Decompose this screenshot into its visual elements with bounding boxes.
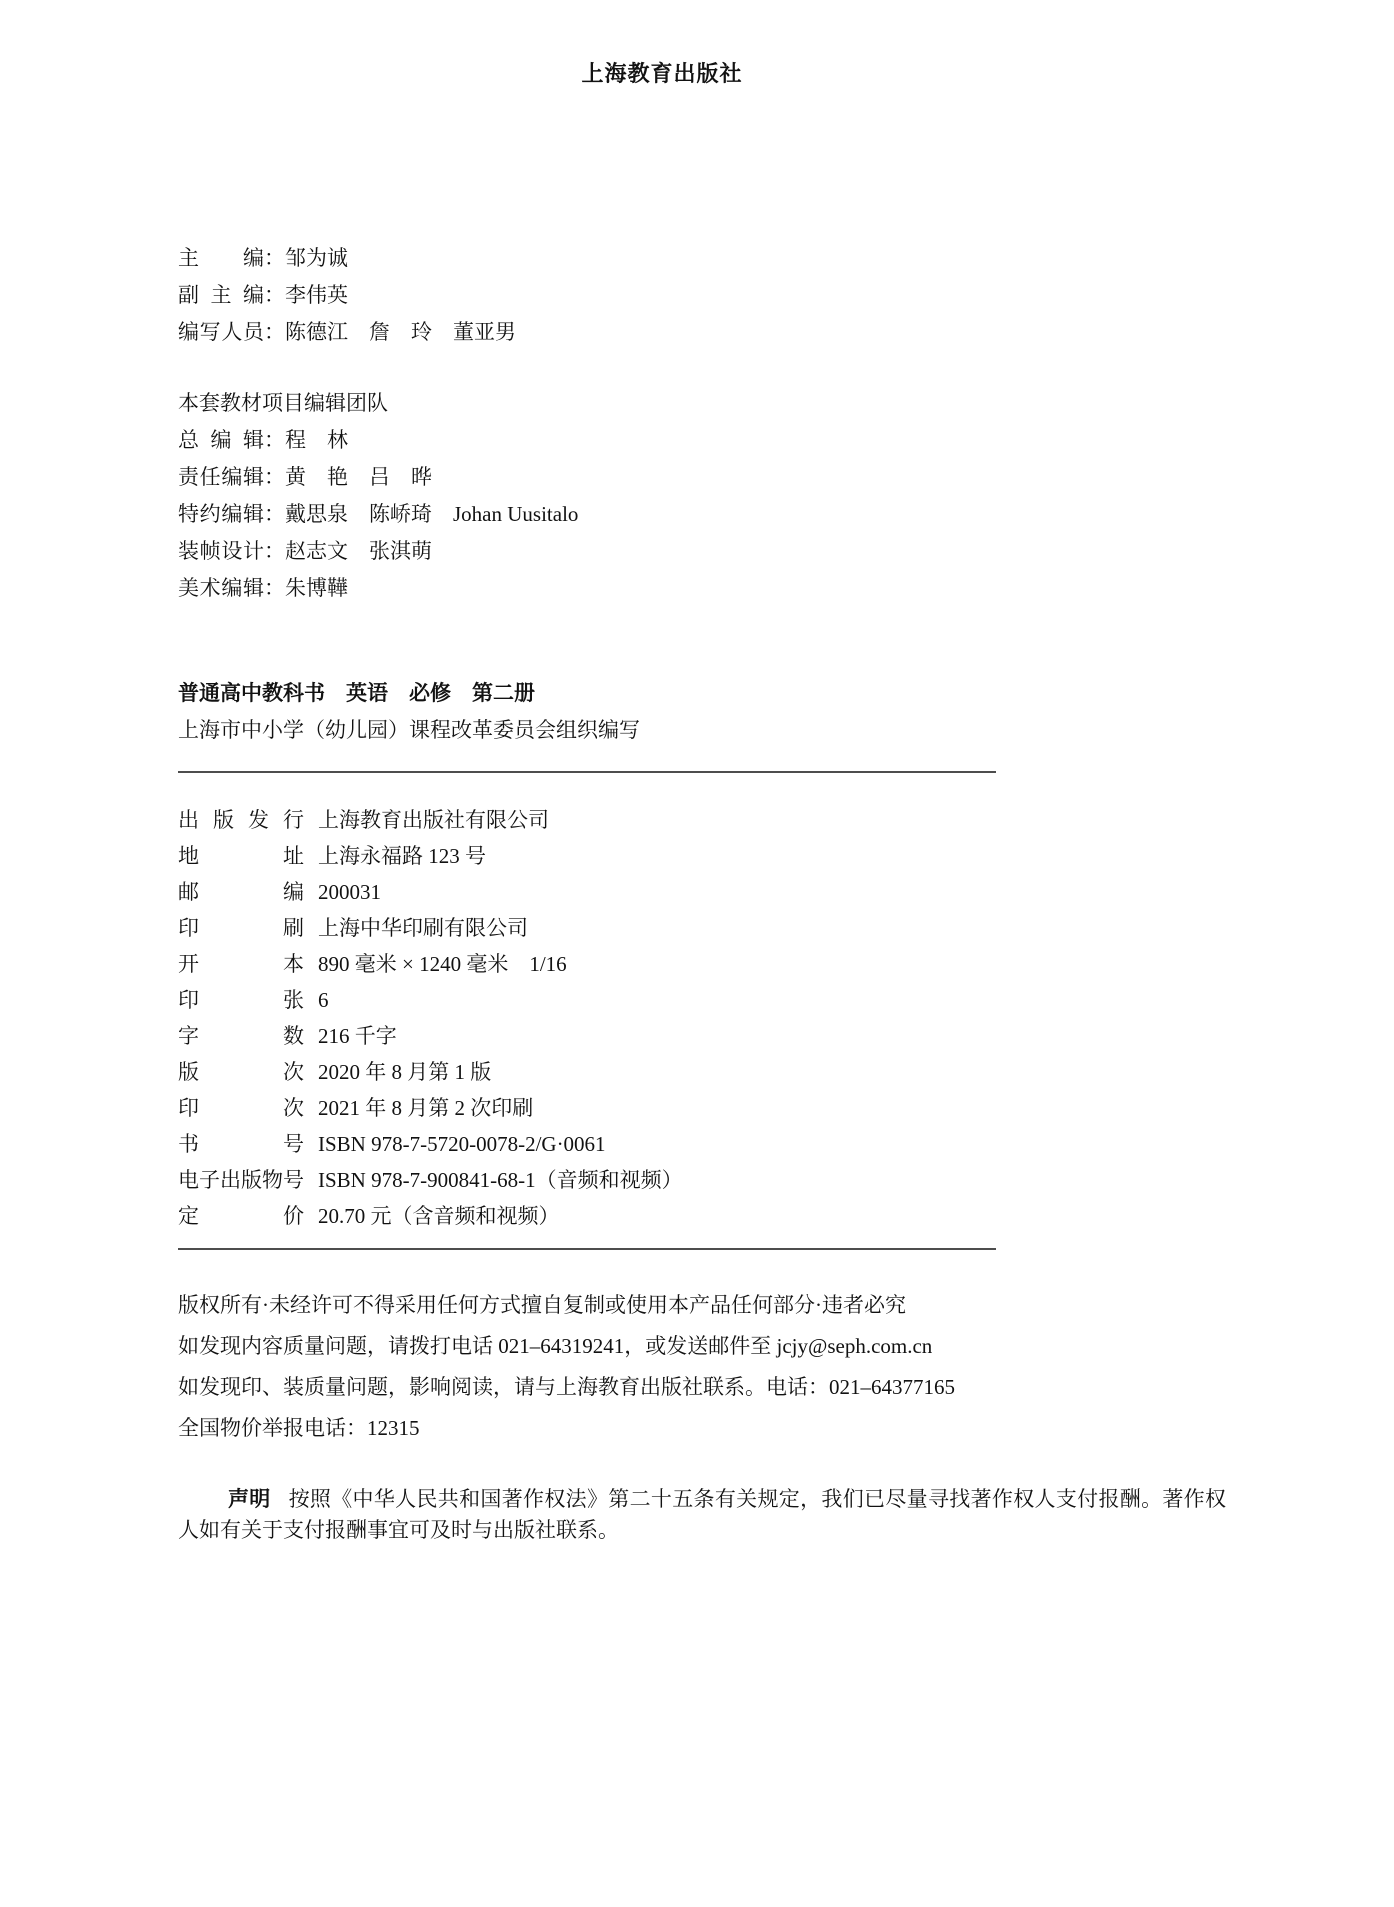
notice-line: 全国物价举报电话：12315 xyxy=(178,1408,955,1449)
imprint-label: 地址 xyxy=(178,838,304,874)
imprint-row: 地址上海永福路 123 号 xyxy=(178,838,683,874)
team-heading: 本套教材项目编辑团队 xyxy=(178,385,578,422)
divider-top xyxy=(178,771,996,773)
colon: ： xyxy=(264,502,285,526)
imprint-value: 890 毫米 × 1240 毫米 1/16 xyxy=(318,952,567,976)
colon: ： xyxy=(264,465,285,489)
imprint-value: ISBN 978-7-5720-0078-2/G·0061 xyxy=(318,1132,606,1156)
editor-value: 陈德江 詹 玲 董亚男 xyxy=(285,320,516,344)
team-row: 总编辑：程 林 xyxy=(178,422,578,459)
editor-value: 李伟英 xyxy=(285,283,348,307)
imprint-row: 电子出版物号ISBN 978-7-900841-68-1（音频和视频） xyxy=(178,1162,683,1198)
imprint-label: 书号 xyxy=(178,1126,304,1162)
imprint-value: 200031 xyxy=(318,880,381,904)
declaration-paragraph: 声明按照《中华人民共和国著作权法》第二十五条有关规定，我们已尽量寻找著作权人支付… xyxy=(178,1484,1226,1546)
imprint-row: 印张6 xyxy=(178,982,683,1018)
imprint-row: 印次2021 年 8 月第 2 次印刷 xyxy=(178,1090,683,1126)
notice-line: 版权所有·未经许可不得采用任何方式擅自复制或使用本产品任何部分·违者必究 xyxy=(178,1285,955,1326)
editor-value: 邹为诚 xyxy=(285,246,348,270)
imprint-value: 上海中华印刷有限公司 xyxy=(318,916,528,940)
imprint-label: 印刷 xyxy=(178,910,304,946)
editor-label: 编写人员 xyxy=(178,314,264,351)
imprint-row: 版次2020 年 8 月第 1 版 xyxy=(178,1054,683,1090)
imprint-label: 定价 xyxy=(178,1198,304,1234)
imprint-label: 版次 xyxy=(178,1054,304,1090)
team-value: 程 林 xyxy=(285,428,348,452)
team-label: 特约编辑 xyxy=(178,496,264,533)
imprint-label: 字数 xyxy=(178,1018,304,1054)
team-label: 装帧设计 xyxy=(178,533,264,570)
imprint-label: 印张 xyxy=(178,982,304,1018)
imprint-value: 上海教育出版社有限公司 xyxy=(318,808,549,832)
team-row: 特约编辑：戴思泉 陈峤琦 Johan Uusitalo xyxy=(178,496,578,533)
imprint-row: 邮编200031 xyxy=(178,874,683,910)
imprint-label: 邮编 xyxy=(178,874,304,910)
imprint-label: 电子出版物号 xyxy=(178,1162,304,1198)
imprint-value: 2021 年 8 月第 2 次印刷 xyxy=(318,1096,533,1120)
editors-block: 主编：邹为诚 副主编：李伟英 编写人员：陈德江 詹 玲 董亚男 xyxy=(178,240,516,351)
editor-label: 副主编 xyxy=(178,277,264,314)
imprint-row: 字数216 千字 xyxy=(178,1018,683,1054)
team-value: 朱博鞾 xyxy=(285,576,348,600)
imprint-table: 出版发行上海教育出版社有限公司 地址上海永福路 123 号 邮编200031 印… xyxy=(178,802,683,1234)
declaration-label: 声明 xyxy=(228,1488,271,1511)
imprint-row: 书号ISBN 978-7-5720-0078-2/G·0061 xyxy=(178,1126,683,1162)
editor-row: 编写人员：陈德江 詹 玲 董亚男 xyxy=(178,314,516,351)
imprint-row: 开本890 毫米 × 1240 毫米 1/16 xyxy=(178,946,683,982)
team-row: 装帧设计：赵志文 张淇萌 xyxy=(178,533,578,570)
colon: ： xyxy=(264,576,285,600)
imprint-value: 2020 年 8 月第 1 版 xyxy=(318,1060,491,1084)
imprint-value: 上海永福路 123 号 xyxy=(318,844,486,868)
notice-line: 如发现印、装质量问题，影响阅读，请与上海教育出版社联系。电话：021–64377… xyxy=(178,1367,955,1408)
colon: ： xyxy=(264,428,285,452)
team-label: 美术编辑 xyxy=(178,570,264,607)
book-block: 普通高中教科书 英语 必修 第二册 上海市中小学（幼儿园）课程改革委员会组织编写 xyxy=(178,675,640,749)
imprint-row: 印刷上海中华印刷有限公司 xyxy=(178,910,683,946)
team-value: 戴思泉 陈峤琦 Johan Uusitalo xyxy=(285,502,578,526)
team-label: 责任编辑 xyxy=(178,459,264,496)
imprint-label: 出版发行 xyxy=(178,802,304,838)
imprint-value: 6 xyxy=(318,988,329,1012)
book-title: 普通高中教科书 英语 必修 第二册 xyxy=(178,675,640,712)
editor-row: 主编：邹为诚 xyxy=(178,240,516,277)
divider-bottom xyxy=(178,1248,996,1250)
team-value: 黄 艳 吕 晔 xyxy=(285,465,432,489)
imprint-value: 216 千字 xyxy=(318,1024,397,1048)
imprint-row: 出版发行上海教育出版社有限公司 xyxy=(178,802,683,838)
imprint-value: 20.70 元（含音频和视频） xyxy=(318,1204,560,1228)
book-organizer: 上海市中小学（幼儿园）课程改革委员会组织编写 xyxy=(178,712,640,749)
notice-line: 如发现内容质量问题，请拨打电话 021–64319241，或发送邮件至 jcjy… xyxy=(178,1326,955,1367)
colon: ： xyxy=(264,246,285,270)
team-block: 本套教材项目编辑团队 总编辑：程 林 责任编辑：黄 艳 吕 晔 特约编辑：戴思泉… xyxy=(178,385,578,607)
colon: ： xyxy=(264,283,285,307)
team-row: 责任编辑：黄 艳 吕 晔 xyxy=(178,459,578,496)
imprint-label: 印次 xyxy=(178,1090,304,1126)
colon: ： xyxy=(264,539,285,563)
team-row: 美术编辑：朱博鞾 xyxy=(178,570,578,607)
editor-row: 副主编：李伟英 xyxy=(178,277,516,314)
team-label: 总编辑 xyxy=(178,422,264,459)
declaration-text: 按照《中华人民共和国著作权法》第二十五条有关规定，我们已尽量寻找著作权人支付报酬… xyxy=(178,1487,1226,1542)
imprint-value: ISBN 978-7-900841-68-1（音频和视频） xyxy=(318,1168,683,1192)
editor-label: 主编 xyxy=(178,240,264,277)
publisher-header: 上海教育出版社 xyxy=(0,57,1324,88)
team-value: 赵志文 张淇萌 xyxy=(285,539,432,563)
imprint-label: 开本 xyxy=(178,946,304,982)
colon: ： xyxy=(264,320,285,344)
notices-block: 版权所有·未经许可不得采用任何方式擅自复制或使用本产品任何部分·违者必究 如发现… xyxy=(178,1285,955,1449)
imprint-row: 定价20.70 元（含音频和视频） xyxy=(178,1198,683,1234)
